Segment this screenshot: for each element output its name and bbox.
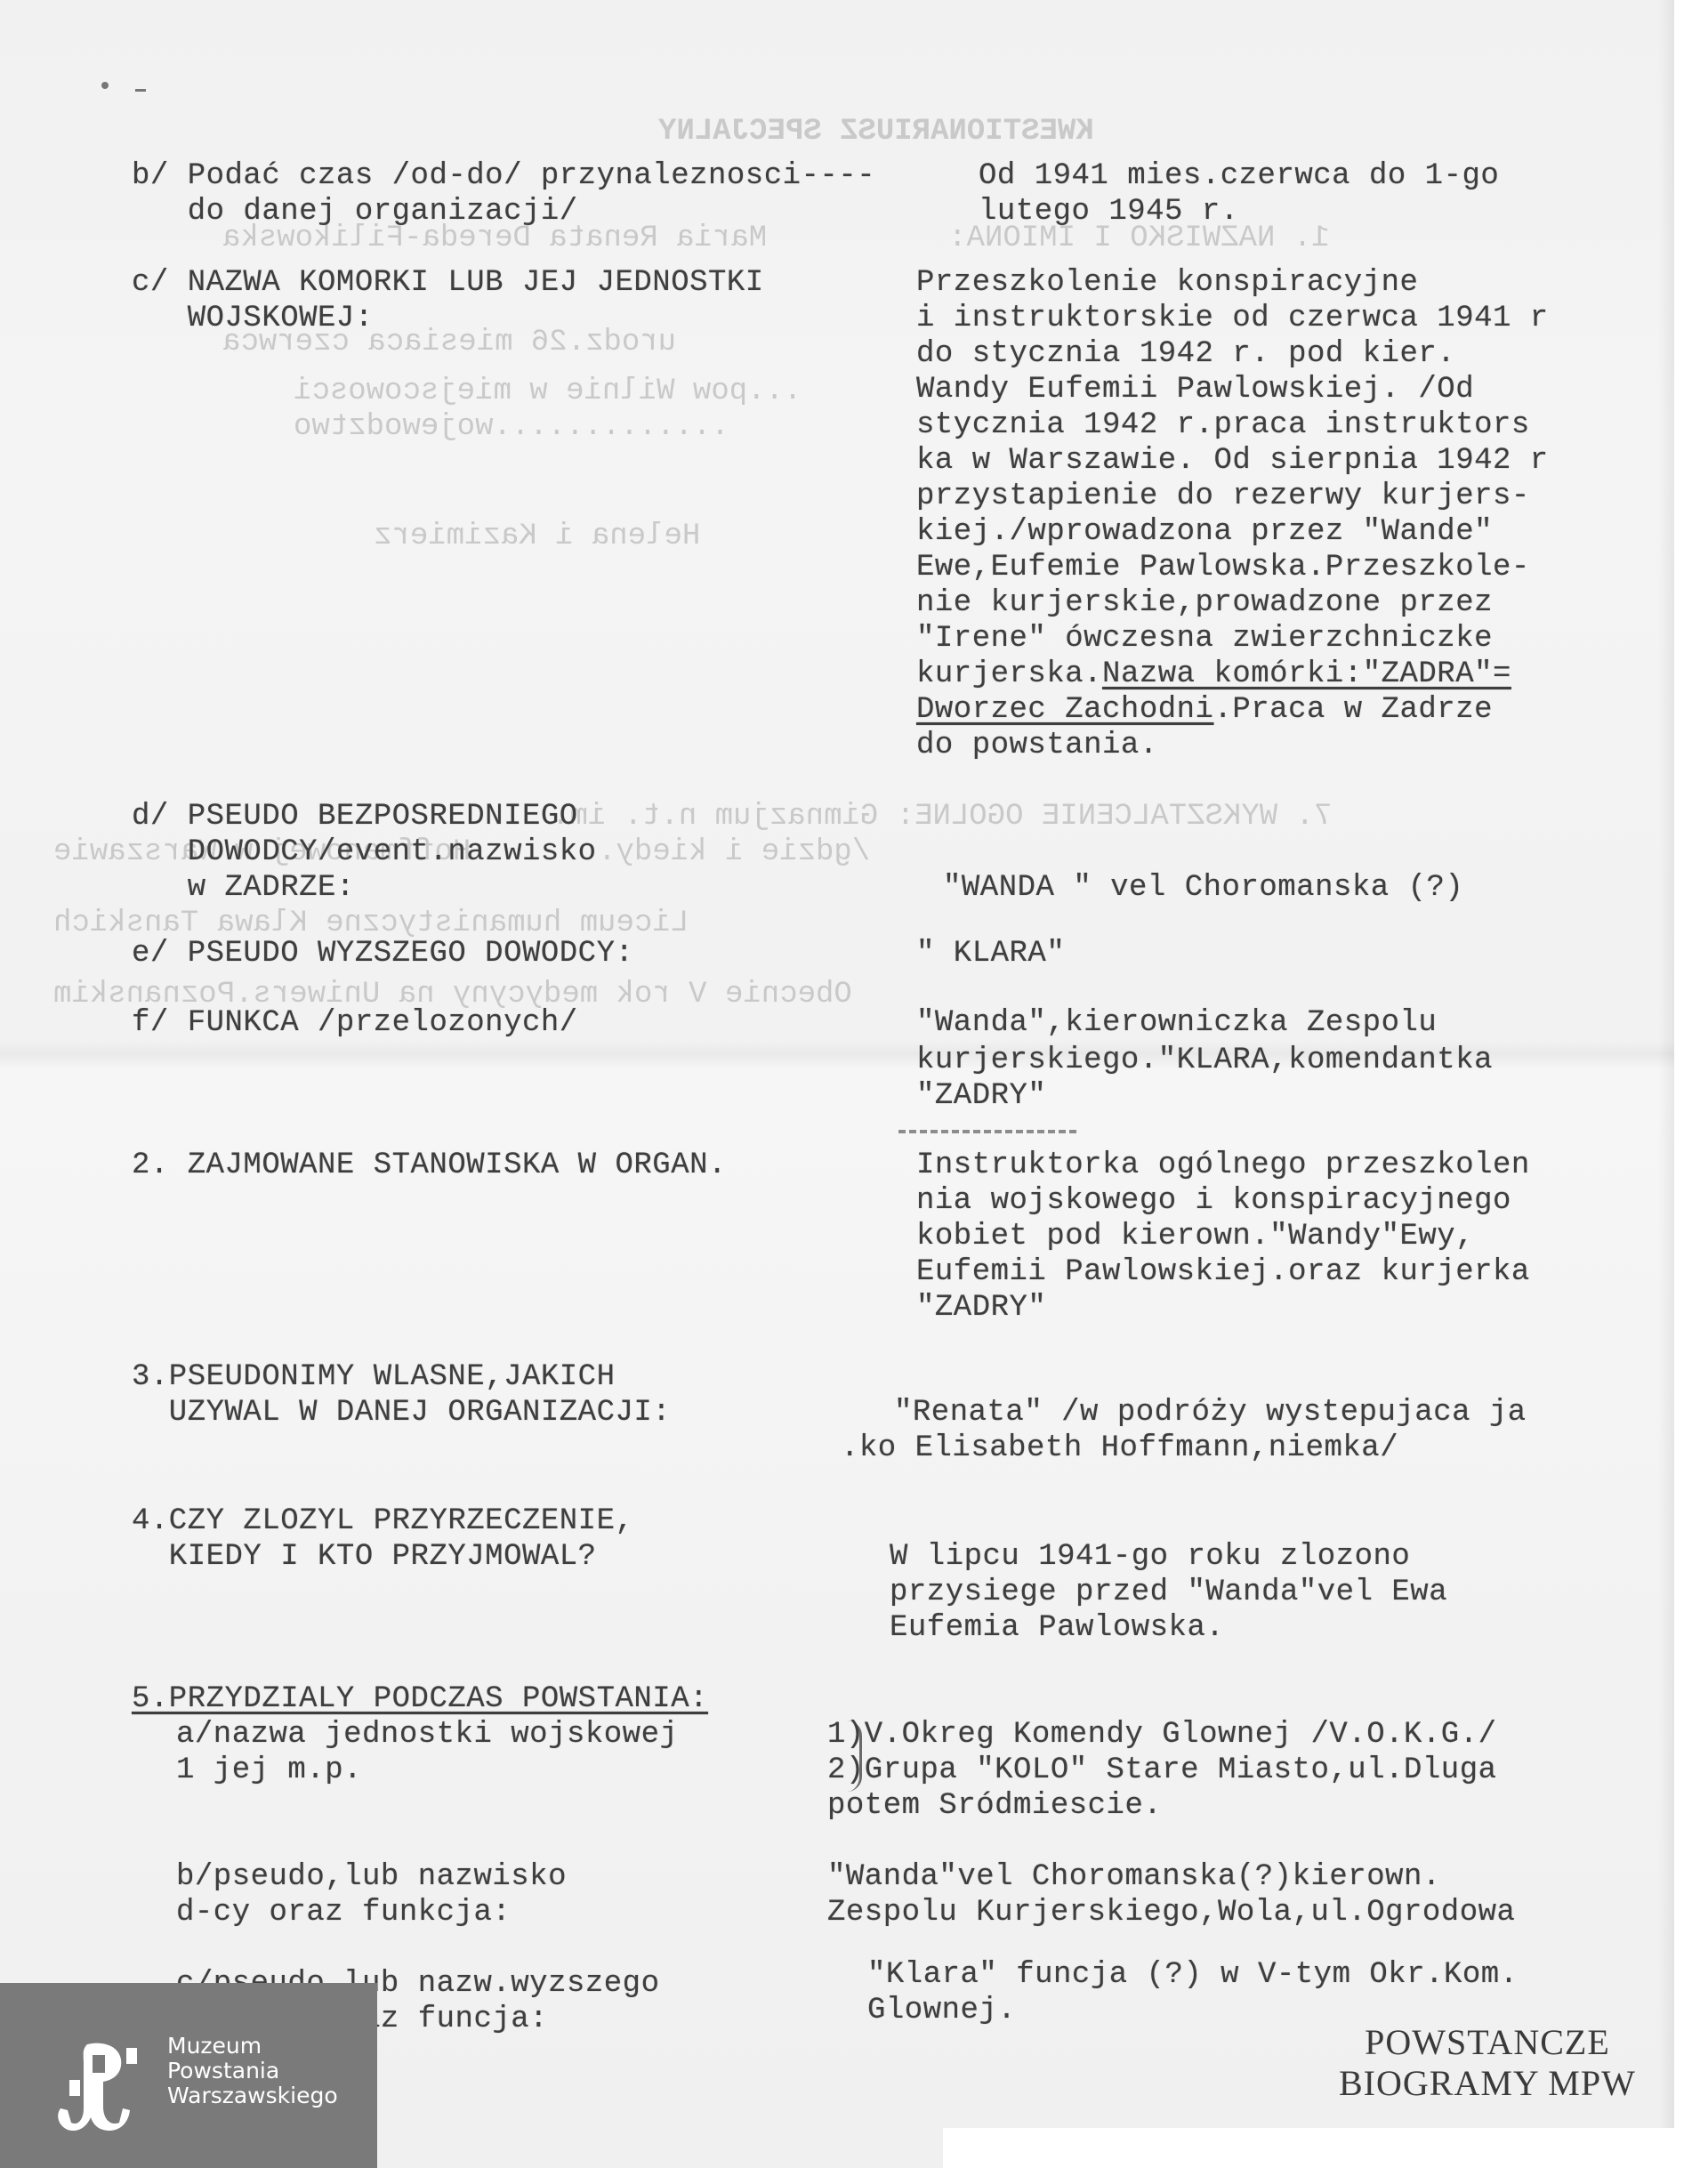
q3-label: UZYWAL W DANEJ ORGANIZACJI: (132, 1395, 671, 1431)
q5a-value: potem Sródmiescie. (827, 1788, 1162, 1824)
q4-label: 4.CZY ZLOZYL PRZYRZECZENIE, (132, 1503, 633, 1539)
section-c-value: Dworzec Zachodni.Praca w Zadrze (916, 692, 1493, 728)
section-c-value: i instruktorskie od czerwca 1941 r (916, 301, 1549, 336)
section-d-label: DOWODCY/event.nazwisko (132, 834, 597, 870)
section-d-label: d/ PSEUDO BEZPOSREDNIEGO (132, 799, 578, 834)
section-f-value: "ZADRY" (916, 1078, 1046, 1114)
q4-value: W lipcu 1941-go roku zlozono (890, 1539, 1410, 1575)
section-c-value: stycznia 1942 r.praca instruktors (916, 407, 1530, 443)
q5a-value: 2)Grupa "KOLO" Stare Miasto,ul.Dluga (827, 1753, 1497, 1788)
paper-bottom-edge (943, 2128, 1674, 2168)
kotwica-anchor-icon (52, 2037, 149, 2135)
section-c-value: Wandy Eufemii Pawlowskiej. /Od (916, 372, 1474, 407)
bleed-through-line: Helena i Kazimierz (374, 519, 882, 554)
q2-value: "ZADRY" (916, 1290, 1046, 1326)
q2-value: kobiet pod kierown."Wandy"Ewy, (916, 1219, 1474, 1254)
section-c-value: kiej./wprowadzona przez "Wande" (916, 514, 1493, 550)
section-e-value: " KLARA" (916, 936, 1065, 971)
section-b-label: b/ Podać czas /od-do/ przynaleznosci---- (132, 158, 875, 194)
q2-value: Eufemii Pawlowskiej.oraz kurjerka (916, 1254, 1530, 1290)
cell-name-underlined: Nazwa komórki:"ZADRA"= (1102, 657, 1511, 691)
q5a-label: 1 jej m.p. (176, 1753, 362, 1788)
section-c-value: przystapienie do rezerwy kurjers- (916, 479, 1530, 514)
q3-value: "Renata" /w podróży wystepujaca ja (894, 1395, 1527, 1431)
section-c-value: "Irene" ówczesna zwierzchniczke (916, 621, 1493, 657)
section-d-label: w ZADRZE: (132, 870, 355, 906)
section-c-value: ka w Warszawie. Od sierpnia 1942 r (916, 443, 1549, 479)
section-f-value: kurjerskiego."KLARA,komendantka (916, 1043, 1493, 1078)
q5c-value: "Klara" funcja (?) w V-tym Okr.Kom. (867, 1957, 1519, 1993)
section-c-value: do stycznia 1942 r. pod kier. (916, 336, 1455, 372)
stray-mark (135, 89, 146, 92)
stamp-line: BIOGRAMY MPW (1339, 2063, 1636, 2104)
q2-label: 2. ZAJMOWANE STANOWISKA W ORGAN. (132, 1148, 727, 1183)
q5-heading: 5.PRZYDZIALY PODCZAS POWSTANIA: (132, 1681, 708, 1717)
q5b-value: Zespolu Kurjerskiego,Wola,ul.Ogrodowa (827, 1895, 1515, 1930)
q4-value: Eufemia Pawlowska. (890, 1610, 1224, 1646)
section-b-value: lutego 1945 r. (979, 194, 1239, 230)
section-c-label: WOJSKOWEJ: (132, 301, 374, 336)
cell-location-underlined: Dworzec Zachodni (916, 693, 1213, 727)
section-b-value: Od 1941 mies.czerwca do 1-go (979, 158, 1499, 194)
q3-value: .ko Elisabeth Hoffmann,niemka/ (841, 1431, 1398, 1466)
section-d-value: "WANDA " vel Choromanska (?) (943, 870, 1463, 906)
museum-name: Muzeum Powstania Warszawskiego (167, 2034, 338, 2108)
q5a-label: a/nazwa jednostki wojskowej (176, 1717, 678, 1753)
dashed-rule (898, 1130, 1076, 1133)
section-c-label: c/ NAZWA KOMORKI LUB JEJ JEDNOSTKI (132, 265, 764, 301)
section-c-value-text: kurjerska. (916, 657, 1102, 691)
q4-value: przysiege przed "Wanda"vel Ewa (890, 1575, 1447, 1610)
section-e-label: e/ PSEUDO WYZSZEGO DOWODCY: (132, 936, 633, 971)
q5a-value: 1)V.Okreg Komendy Glownej /V.O.K.G./ (827, 1717, 1497, 1753)
section-c-value: Przeszkolenie konspiracyjne (916, 265, 1418, 301)
bleed-through-line: 7. WYKSZTALCENIE OGOLNE: Gimnazjum n.t. … (552, 799, 1332, 834)
section-c-value: kurjerska.Nazwa komórki:"ZADRA"= (916, 657, 1511, 692)
q2-value: Instruktorka ogólnego przeszkolen (916, 1148, 1530, 1183)
section-c-value-text: .Praca w Zadrze (1213, 693, 1493, 727)
stray-mark (101, 82, 109, 89)
q5b-label: d-cy oraz funkcja: (176, 1895, 511, 1930)
section-c-value: nie kurjerskie,prowadzone przez (916, 585, 1493, 621)
stamp-line: POWSTANCZE (1339, 2022, 1636, 2063)
section-f-label: f/ FUNKCA /przelozonych/ (132, 1005, 578, 1041)
section-c-value: do powstania. (916, 728, 1158, 763)
museum-name-line: Powstania (167, 2059, 338, 2083)
bleed-through-line: .............wojewodztwo (294, 409, 784, 445)
bleed-through-line: ...pow Wilnie w miejscowosci (294, 374, 857, 409)
q2-value: nia wojskowego i konspiracyjnego (916, 1183, 1511, 1219)
q5b-value: "Wanda"vel Choromanska(?)kierown. (827, 1859, 1441, 1895)
museum-name-line: Warszawskiego (167, 2083, 338, 2108)
biogramy-stamp: POWSTANCZE BIOGRAMY MPW (1339, 2022, 1636, 2104)
museum-name-line: Muzeum (167, 2034, 338, 2059)
section-f-value: "Wanda",kierowniczka Zespolu (916, 1005, 1437, 1041)
q4-label: KIEDY I KTO PRZYJMOWAL? (132, 1539, 597, 1575)
q3-label: 3.PSEUDONIMY WLASNE,JAKICH (132, 1359, 616, 1395)
q5b-label: b/pseudo,lub nazwisko (176, 1859, 567, 1895)
bleed-through-title: KWESTIONARIUSZ SPECJALNY (658, 114, 1094, 149)
section-c-value: Ewe,Eufemie Pawlowska.Przeszkole- (916, 550, 1530, 585)
q5c-value: Glownej. (867, 1993, 1016, 2028)
section-b-label: do danej organizacji/ (132, 194, 578, 230)
